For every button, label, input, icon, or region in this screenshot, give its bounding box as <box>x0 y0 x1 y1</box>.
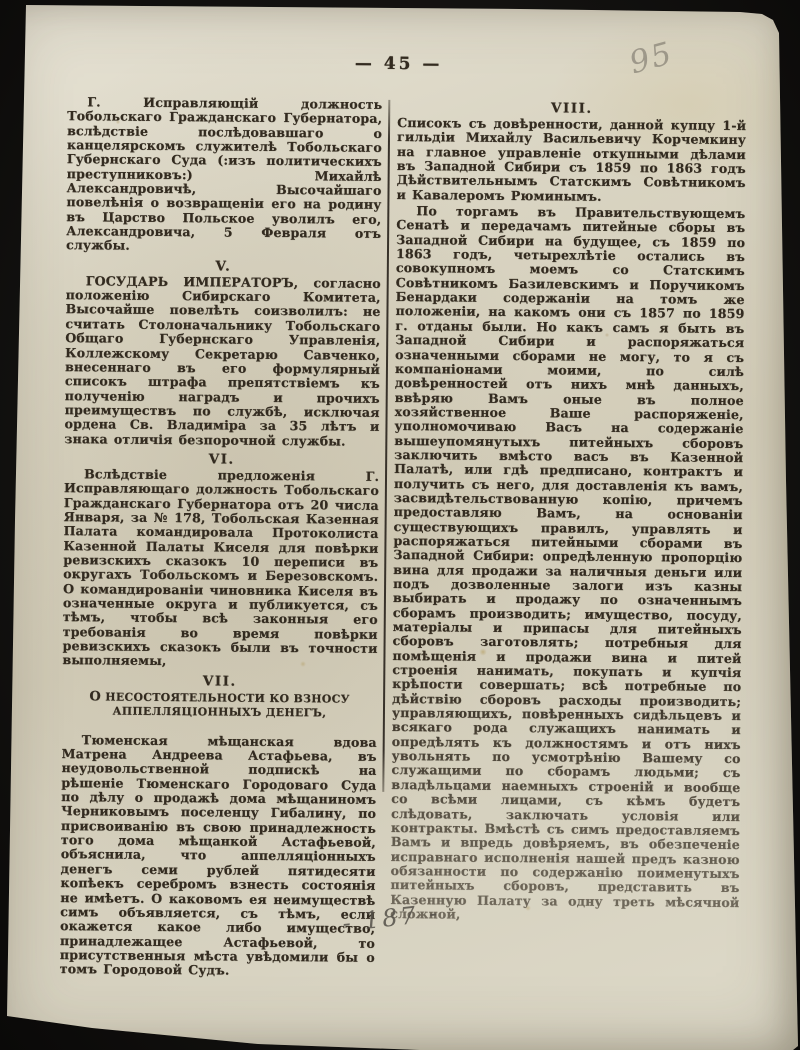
page-number: — 45 — <box>334 53 464 74</box>
section-subheading-vii: О НЕСОСТОЯТЕЛЬНОСТИ КО ВЗНОСУ АППЕЛЛЯЦІО… <box>68 690 371 721</box>
paragraph-auditor-assignment: Вслѣдствіе предложенія Г. Исправляющаго … <box>62 467 379 671</box>
paragraph-power-of-attorney-body: По торгамъ въ Правительствующемъ Сенатѣ … <box>390 204 745 924</box>
left-column: Г. Исправляющій должность Тобольскаго Гр… <box>60 95 383 981</box>
section-heading-vii: VII. <box>62 672 377 691</box>
page-content: — 45 — 95 Г. Исправляющій должность Тобо… <box>0 0 800 1050</box>
paragraph-governor-dismissal: Г. Исправляющій должность Тобольскаго Гр… <box>66 95 382 256</box>
paragraph-imperial-order: ГОСУДАРЬ ИМПЕРАТОРЪ, согласно положенію … <box>64 274 380 449</box>
photo-background: — 45 — 95 Г. Исправляющій должность Тобо… <box>0 0 800 1050</box>
pencil-annotation-top: 95 <box>626 35 677 81</box>
column-divider <box>382 100 390 792</box>
paragraph-power-of-attorney-intro: Списокъ съ довѣренности, данной купцу 1-… <box>396 116 746 205</box>
document-page: — 45 — 95 Г. Исправляющій должность Тобо… <box>0 0 800 1050</box>
right-column: VIII. Списокъ съ довѣренности, данной ку… <box>390 95 746 926</box>
paragraph-appeal-insolvency: Тюменская мѣщанская вдова Матрена Андрее… <box>60 733 377 980</box>
